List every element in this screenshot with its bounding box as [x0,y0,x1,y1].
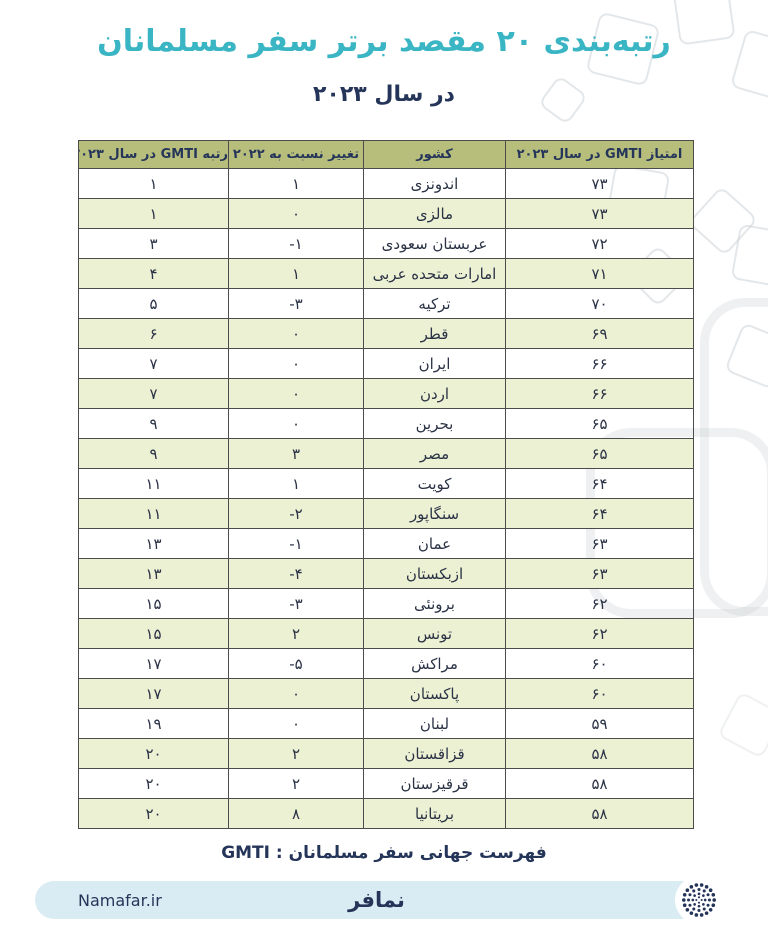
change-value: ۱ [292,175,300,193]
change-cell: ۲ [229,619,364,649]
table-header: امتیاز GMTI در سال ۲۰۲۳ کشور تغییر نسبت … [79,141,694,169]
change-value: ۳ [292,445,300,463]
change-cell: ۲ [229,769,364,799]
change-cell: ۰ [229,679,364,709]
country-cell: ایران [364,349,506,379]
change-value: ۰ [292,715,300,733]
score-cell: ۵۸ [506,799,694,829]
country-cell: تونس [364,619,506,649]
score-cell: ۷۲ [506,229,694,259]
change-value: ۰ [292,685,300,703]
change-value: ۲ [292,775,300,793]
change-value: -۱ [289,235,302,253]
score-cell: ۶۵ [506,409,694,439]
rank-cell: ۲۰ [79,799,229,829]
score-cell: ۶۶ [506,379,694,409]
score-cell: ۶۴ [506,499,694,529]
change-value: -۳ [289,595,302,613]
change-cell: ۳ [229,439,364,469]
change-cell: -۵ [229,649,364,679]
score-cell: ۷۳ [506,199,694,229]
table-row: ۵۸ قرقیزستان ۲ ۲۰ [79,769,694,799]
change-cell: -۴ [229,559,364,589]
brand-logo-text: نمافر [348,881,405,919]
table-row: ۶۹ قطر ۰ ۶ [79,319,694,349]
footer-website-link[interactable]: Namafar.ir [78,881,162,919]
country-cell: ترکیه [364,289,506,319]
score-cell: ۶۰ [506,649,694,679]
change-value: -۴ [289,565,302,583]
change-cell: ۱ [229,469,364,499]
infographic-page: { "title": "رتبه‌بندی ۲۰ مقصد برتر سفر م… [0,0,768,935]
score-cell: ۶۳ [506,559,694,589]
country-cell: قزاقستان [364,739,506,769]
change-cell: ۲ [229,739,364,769]
country-cell: سنگاپور [364,499,506,529]
rank-cell: ۱۳ [79,559,229,589]
country-cell: اردن [364,379,506,409]
header-row: امتیاز GMTI در سال ۲۰۲۳ کشور تغییر نسبت … [79,141,694,169]
score-cell: ۵۸ [506,769,694,799]
change-value: ۱ [292,265,300,283]
rank-cell: ۱۷ [79,679,229,709]
change-value: ۰ [292,385,300,403]
table-row: ۶۲ برونئی -۳ ۱۵ [79,589,694,619]
table-row: ۶۵ مصر ۳ ۹ [79,439,694,469]
change-cell: ۰ [229,379,364,409]
country-cell: مالزی [364,199,506,229]
rank-cell: ۷ [79,379,229,409]
table-row: ۷۲ عربستان سعودی -۱ ۳ [79,229,694,259]
table-row: ۶۲ تونس ۲ ۱۵ [79,619,694,649]
change-value: ۲ [292,745,300,763]
change-value: ۰ [292,325,300,343]
table-row: ۶۵ بحرین ۰ ۹ [79,409,694,439]
footer-bar: Namafar.ir نمافر [35,881,718,919]
table-row: ۵۸ بریتانیا ۸ ۲۰ [79,799,694,829]
country-cell: ازبکستان [364,559,506,589]
change-cell: -۳ [229,589,364,619]
rank-cell: ۵ [79,289,229,319]
country-cell: امارات متحده عربی [364,259,506,289]
country-cell: قطر [364,319,506,349]
table-row: ۶۰ پاکستان ۰ ۱۷ [79,679,694,709]
table-row: ۵۸ قزاقستان ۲ ۲۰ [79,739,694,769]
score-cell: ۵۸ [506,739,694,769]
rank-cell: ۱۱ [79,499,229,529]
country-cell: مراکش [364,649,506,679]
change-cell: ۰ [229,199,364,229]
change-cell: -۱ [229,529,364,559]
table-row: ۶۴ سنگاپور -۲ ۱۱ [79,499,694,529]
rank-cell: ۱۵ [79,619,229,649]
table-row: ۶۴ کویت ۱ ۱۱ [79,469,694,499]
rank-cell: ۷ [79,349,229,379]
score-cell: ۷۰ [506,289,694,319]
score-cell: ۶۹ [506,319,694,349]
col-header-rank: رتبه GMTI در سال ۲۰۲۳ [79,141,229,169]
rank-cell: ۱۷ [79,649,229,679]
rank-cell: ۴ [79,259,229,289]
country-cell: عمان [364,529,506,559]
change-cell: -۲ [229,499,364,529]
table-row: ۶۶ ایران ۰ ۷ [79,349,694,379]
change-value: -۱ [289,535,302,553]
change-value: ۸ [292,805,300,823]
table-row: ۷۰ ترکیه -۳ ۵ [79,289,694,319]
score-cell: ۶۰ [506,679,694,709]
table-row: ۶۳ ازبکستان -۴ ۱۳ [79,559,694,589]
rank-cell: ۲۰ [79,739,229,769]
change-value: ۱ [292,475,300,493]
score-cell: ۷۱ [506,259,694,289]
col-header-score: امتیاز GMTI در سال ۲۰۲۳ [506,141,694,169]
page-title: رتبه‌بندی ۲۰ مقصد برتر سفر مسلمانان [0,24,768,59]
table-row: ۷۳ اندونزی ۱ ۱ [79,169,694,199]
score-cell: ۶۲ [506,619,694,649]
col-header-country: کشور [364,141,506,169]
change-value: ۰ [292,355,300,373]
rank-cell: ۳ [79,229,229,259]
change-value: -۳ [289,295,302,313]
rank-cell: ۹ [79,439,229,469]
country-cell: پاکستان [364,679,506,709]
change-cell: -۳ [229,289,364,319]
change-cell: ۰ [229,349,364,379]
rank-cell: ۱۹ [79,709,229,739]
score-cell: ۶۴ [506,469,694,499]
rank-cell: ۲۰ [79,769,229,799]
table-row: ۶۰ مراکش -۵ ۱۷ [79,649,694,679]
country-cell: اندونزی [364,169,506,199]
table-body: ۷۳ اندونزی ۱ ۱ ۷۳ مالزی ۰ ۱ ۷۲ عربستان س… [79,169,694,829]
rank-cell: ۱۱ [79,469,229,499]
rank-cell: ۱ [79,169,229,199]
col-header-change: تغییر نسبت به ۲۰۲۲ [229,141,364,169]
score-cell: ۶۳ [506,529,694,559]
table-row: ۶۶ اردن ۰ ۷ [79,379,694,409]
table-row: ۶۳ عمان -۱ ۱۳ [79,529,694,559]
rank-cell: ۹ [79,409,229,439]
rank-cell: ۱۵ [79,589,229,619]
country-cell: بحرین [364,409,506,439]
score-cell: ۶۵ [506,439,694,469]
change-cell: ۱ [229,259,364,289]
footer-logo-circle [675,876,723,924]
change-cell: -۱ [229,229,364,259]
country-cell: قرقیزستان [364,769,506,799]
change-cell: ۰ [229,709,364,739]
page-subtitle: در سال ۲۰۲۳ [0,82,768,107]
change-value: -۲ [289,505,302,523]
decor-square [717,691,768,759]
rank-cell: ۱۳ [79,529,229,559]
country-cell: برونئی [364,589,506,619]
score-cell: ۶۲ [506,589,694,619]
table-row: ۷۱ امارات متحده عربی ۱ ۴ [79,259,694,289]
change-cell: ۰ [229,409,364,439]
ranking-table: امتیاز GMTI در سال ۲۰۲۳ کشور تغییر نسبت … [78,140,694,829]
change-cell: ۱ [229,169,364,199]
score-cell: ۷۳ [506,169,694,199]
rank-cell: ۶ [79,319,229,349]
change-value: ۰ [292,415,300,433]
country-cell: بریتانیا [364,799,506,829]
country-cell: عربستان سعودی [364,229,506,259]
change-value: -۵ [289,655,302,673]
rank-cell: ۱ [79,199,229,229]
country-cell: کویت [364,469,506,499]
country-cell: لبنان [364,709,506,739]
score-cell: ۶۶ [506,349,694,379]
country-cell: مصر [364,439,506,469]
table-row: ۷۳ مالزی ۰ ۱ [79,199,694,229]
change-cell: ۸ [229,799,364,829]
score-cell: ۵۹ [506,709,694,739]
change-cell: ۰ [229,319,364,349]
table-row: ۵۹ لبنان ۰ ۱۹ [79,709,694,739]
change-value: ۰ [292,205,300,223]
dotted-circle-logo [680,881,718,919]
change-value: ۲ [292,625,300,643]
source-caption: فهرست جهانی سفر مسلمانان : GMTI [0,843,768,863]
